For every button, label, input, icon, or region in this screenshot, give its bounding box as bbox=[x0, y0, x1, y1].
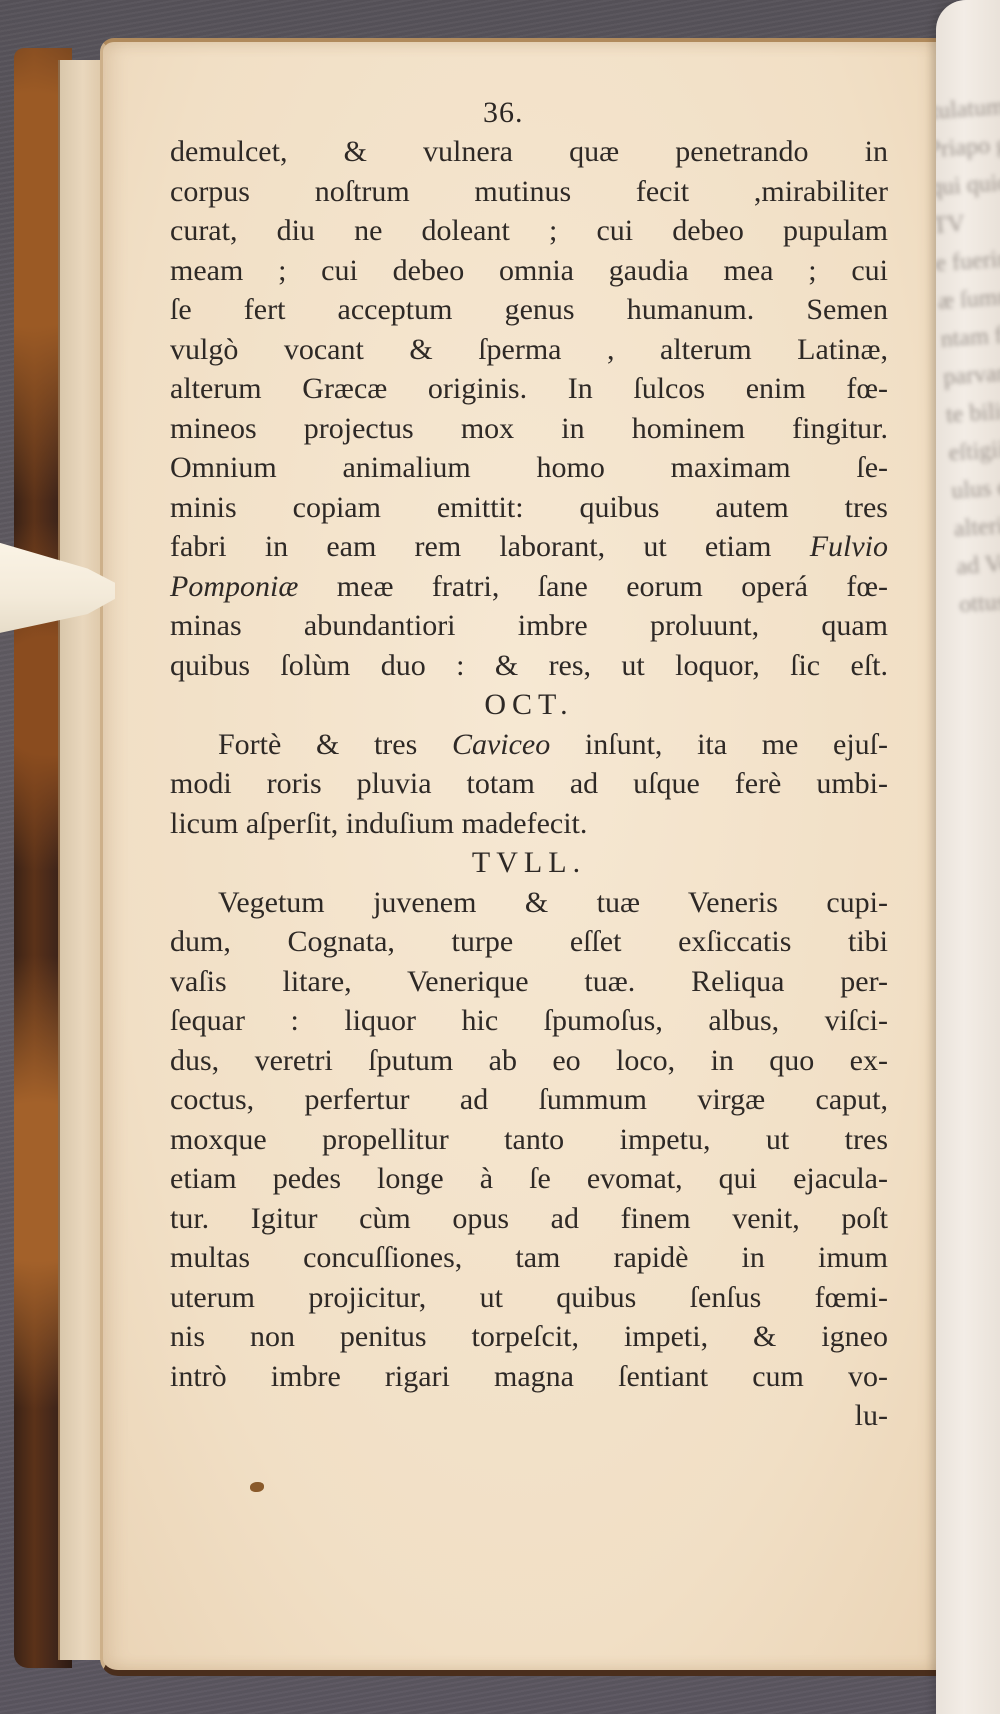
facing-line: ottus bbox=[958, 581, 1000, 624]
facing-line: ulus efficax bbox=[950, 467, 1000, 510]
text-line: fabri in eam rem laborant, ut etiam Fulv… bbox=[170, 527, 888, 567]
text-line: Fortè & tres Caviceo inſunt, ita me ejuſ… bbox=[170, 725, 888, 765]
facing-line: ad Venerem bbox=[955, 543, 1000, 586]
facing-line: alteris. Ne bbox=[953, 505, 1000, 548]
speaker-heading-oct: OCT. bbox=[170, 685, 888, 725]
text-line: modi roris pluvia totam ad uſque ferè um… bbox=[170, 764, 888, 804]
facing-line: ntam fuerint bbox=[939, 315, 1000, 358]
text-segment: inſunt, ita me ejuſ- bbox=[585, 728, 888, 761]
facing-line: ſtulatum, bbox=[936, 88, 1000, 131]
text-line: Pomponiæ meæ fratri, ſane eorum operá fœ… bbox=[170, 567, 888, 607]
text-segment: fabri in eam rem laborant, ut etiam bbox=[170, 530, 772, 563]
page-gutter-edge bbox=[58, 60, 106, 1660]
facing-line: TV bbox=[936, 202, 1000, 245]
text-line: corpus noſtrum mutinus fecit ,mirabilite… bbox=[170, 172, 888, 212]
text-line: moxque propellitur tanto impetu, ut tres bbox=[170, 1120, 888, 1160]
text-line: meam ; cui debeo omnia gaudia mea ; cui bbox=[170, 251, 888, 291]
text-line: vaſis litare, Venerique tuæ. Reliqua per… bbox=[170, 962, 888, 1002]
text-line: minis copiam emittit: quibus autem tres bbox=[170, 488, 888, 528]
facing-line: qui quid bbox=[936, 164, 1000, 207]
text-line: licum aſperſit, induſium madefecit. bbox=[170, 804, 888, 844]
text-segment: meæ fratri, ſane eorum operá fœ- bbox=[337, 570, 888, 603]
text-line: quibus ſolùm duo : & res, ut loquor, ſic… bbox=[170, 646, 888, 686]
text-line: dus, veretri ſputum ab eo loco, in quo e… bbox=[170, 1041, 888, 1081]
text-line: dum, Cognata, turpe eſſet exſiccatis tib… bbox=[170, 922, 888, 962]
text-line: nis non penitus torpeſcit, impeti, & ign… bbox=[170, 1317, 888, 1357]
ink-stain bbox=[250, 1482, 264, 1492]
text-line: coctus, perfertur ad ſummum virgæ caput, bbox=[170, 1080, 888, 1120]
page-number: 36. bbox=[483, 96, 543, 130]
text-segment: Fortè & tres bbox=[218, 728, 417, 761]
speaker-heading-tvll: TVLL. bbox=[170, 843, 888, 883]
italic-name: Caviceo bbox=[452, 728, 550, 761]
facing-page: ſtulatum, Priapo g qui quid TV e fuerint… bbox=[936, 0, 1000, 1714]
text-line: ſe fert acceptum genus humanum. Semen bbox=[170, 290, 888, 330]
text-line: alterum Græcæ originis. In ſulcos enim f… bbox=[170, 369, 888, 409]
text-line: minas abundantiori imbre proluunt, quam bbox=[170, 606, 888, 646]
text-line: ſequar : liquor hic ſpumoſus, albus, viſ… bbox=[170, 1001, 888, 1041]
facing-line: te bilitum bbox=[945, 391, 1000, 434]
facing-line: eſtigiis commun bbox=[947, 429, 1000, 472]
text-line: demulcet, & vulnera quæ penetrando in bbox=[170, 132, 888, 172]
text-line: Omnium animalium homo maximam ſe- bbox=[170, 448, 888, 488]
text-line: multas concuſſiones, tam rapidè in imum bbox=[170, 1238, 888, 1278]
text-line: curat, diu ne doleant ; cui debeo pupula… bbox=[170, 211, 888, 251]
facing-page-text: ſtulatum, Priapo g qui quid TV e fuerint… bbox=[936, 88, 1000, 624]
text-line: uterum projicitur, ut quibus ſenſus fœmi… bbox=[170, 1278, 888, 1318]
italic-name: Fulvio bbox=[810, 530, 888, 563]
catchword: lu- bbox=[170, 1396, 888, 1436]
page-text: demulcet, & vulnera quæ penetrando in co… bbox=[170, 132, 888, 1436]
text-line: etiam pedes longe à ſe evomat, qui ejacu… bbox=[170, 1159, 888, 1199]
text-line: intrò imbre rigari magna ſentiant cum vo… bbox=[170, 1357, 888, 1397]
facing-line: æ ſumma bbox=[937, 277, 1000, 320]
italic-name: Pomponiæ bbox=[170, 570, 298, 603]
facing-line: parvam in oblo bbox=[942, 353, 1000, 396]
facing-line: e fuerint bbox=[936, 239, 1000, 282]
text-line: Vegetum juvenem & tuæ Veneris cupi- bbox=[170, 883, 888, 923]
facing-line: Priapo g bbox=[936, 126, 1000, 169]
text-line: tur. Igitur cùm opus ad finem venit, poſ… bbox=[170, 1199, 888, 1239]
text-line: mineos projectus mox in hominem fingitur… bbox=[170, 409, 888, 449]
text-line: vulgò vocant & ſperma , alterum Latinæ, bbox=[170, 330, 888, 370]
